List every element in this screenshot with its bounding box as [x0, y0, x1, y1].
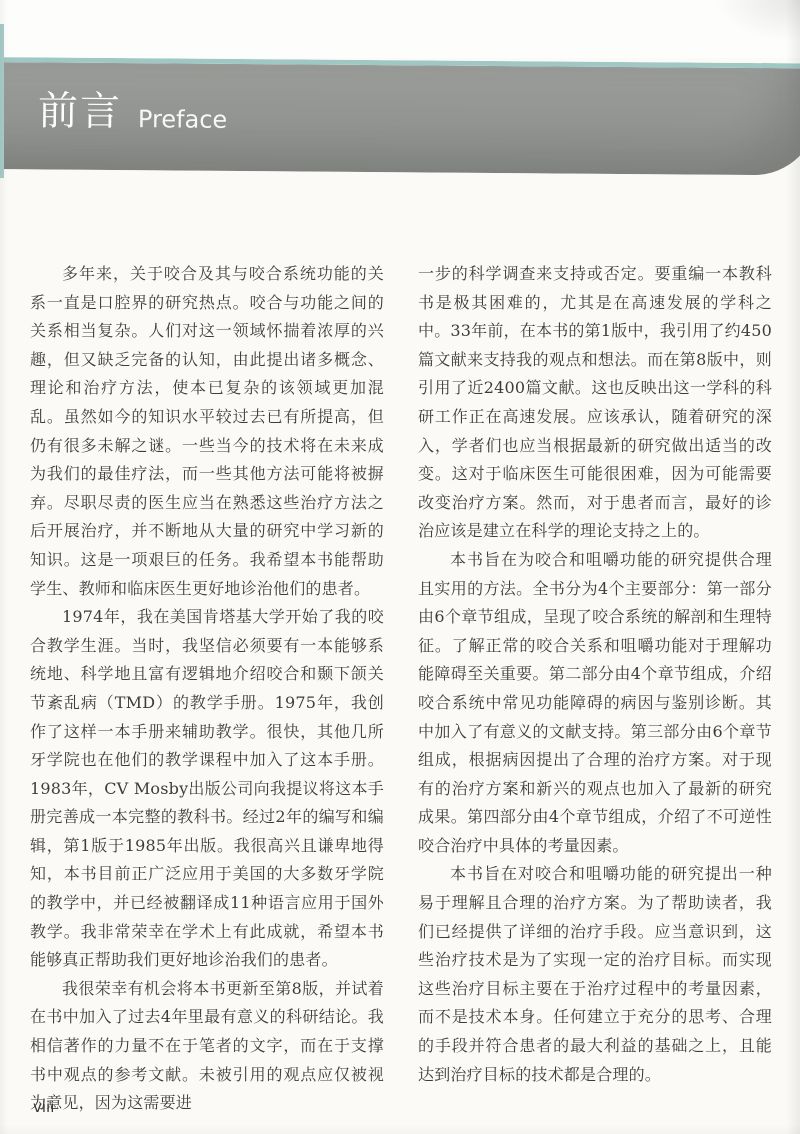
paragraph-treatment-goals: 本书旨在对咬合和咀嚼功能的研究提出一种易于理解且合理的治疗方案。为了帮助读者，我…: [418, 860, 772, 1089]
page-title-english: Preface: [138, 107, 227, 132]
header-band: 前言 Preface: [0, 57, 800, 175]
paragraph-intro: 多年来，关于咬合及其与咬合系统功能的关系一直是口腔界的研究热点。咬合与功能之间的…: [30, 260, 384, 603]
page-top-margin: [0, 0, 800, 58]
right-column: 一步的科学调查来支持或否定。要重编一本教科书是极其困难的，尤其是在高速发展的学科…: [418, 260, 772, 1118]
page-number: viii: [33, 1098, 54, 1116]
teal-edge-stripe: [0, 24, 4, 178]
paragraph-eighth-edition: 我很荣幸有机会将本书更新至第8版，并试着在书中加入了过去4年里最有意义的科研结论…: [30, 975, 384, 1118]
preface-body: 多年来，关于咬合及其与咬合系统功能的关系一直是口腔界的研究热点。咬合与功能之间的…: [30, 260, 772, 1118]
paragraph-history: 1974年，我在美国肯塔基大学开始了我的咬合教学生涯。当时，我坚信必须要有一本能…: [30, 603, 384, 975]
book-page: 前言 Preface 多年来，关于咬合及其与咬合系统功能的关系一直是口腔界的研究…: [0, 0, 800, 1134]
paragraph-eighth-edition-continued: 一步的科学调查来支持或否定。要重编一本教科书是极其困难的，尤其是在高速发展的学科…: [418, 260, 772, 546]
page-title-chinese: 前言: [38, 91, 122, 132]
left-column: 多年来，关于咬合及其与咬合系统功能的关系一直是口腔界的研究热点。咬合与功能之间的…: [30, 260, 384, 1118]
paragraph-book-structure: 本书旨在为咬合和咀嚼功能的研究提供合理且实用的方法。全书分为4个主要部分：第一部…: [418, 546, 772, 861]
